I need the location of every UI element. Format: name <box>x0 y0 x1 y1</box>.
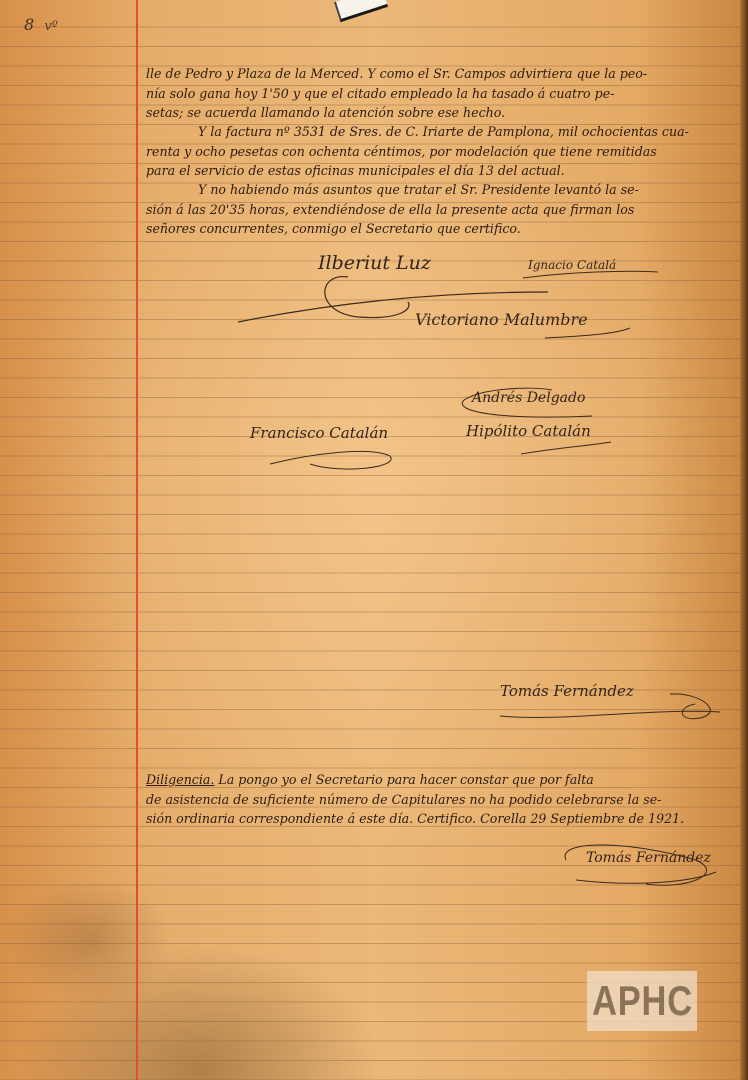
text-line: lle de Pedro y Plaza de la Merced. Y com… <box>146 66 736 86</box>
paragraph-3: Y no habiendo más asuntos que tratar el … <box>146 182 736 241</box>
signature-5: Francisco Catalán <box>250 424 388 442</box>
text-line: renta y ocho pesetas con ochenta céntimo… <box>146 144 736 164</box>
diligencia-signature: Tomás Fernández <box>586 850 711 866</box>
signature-3: Victoriano Malumbre <box>415 310 588 329</box>
signature-flourish-icon <box>586 850 596 860</box>
text-line: Y no habiendo más asuntos que tratar el … <box>146 182 736 202</box>
signature-flourish-icon <box>472 390 482 400</box>
ledger-page: 8 vº lle de Pedro y Plaza de la Merced. … <box>0 0 748 1080</box>
signature-text: Tomás Fernández <box>500 682 634 700</box>
folio-page-number: 8 <box>24 15 34 34</box>
diligencia-note: Diligencia. La pongo yo el Secretario pa… <box>146 772 736 831</box>
aphc-watermark: APHC <box>587 971 697 1031</box>
text-line: señores concurrentes, conmigo el Secreta… <box>146 221 736 241</box>
folio-annotation: vº <box>44 19 57 34</box>
text-line: Y la factura nº 3531 de Sres. de C. Iria… <box>146 124 736 144</box>
text-line: de asistencia de suficiente número de Ca… <box>146 792 736 812</box>
folio-number: 8 vº <box>24 15 58 34</box>
page-edge-shadow <box>740 0 748 1080</box>
signature-2: Ignacio Catalá <box>528 258 616 272</box>
text-line: sión ordinaria correspondiente á este dí… <box>146 811 736 831</box>
diligencia-heading: Diligencia. <box>146 772 214 787</box>
signature-text: Hipólito Catalán <box>466 422 591 440</box>
signature-flourish-icon <box>318 252 328 262</box>
text-line: nía solo gana hoy 1'50 y que el citado e… <box>146 86 736 106</box>
watermark-text: APHC <box>592 977 693 1025</box>
signature-underline-icon <box>528 258 538 268</box>
diligencia-line-1: La pongo yo el Secretario para hacer con… <box>218 772 593 787</box>
signature-underline-icon <box>415 310 425 320</box>
signature-4: Andrés Delgado <box>472 390 585 406</box>
text-line: para el servicio de estas oficinas munic… <box>146 163 736 183</box>
signature-text: Tomás Fernández <box>586 850 711 866</box>
signature-underline-icon <box>466 422 476 432</box>
text-line: Diligencia. La pongo yo el Secretario pa… <box>146 772 736 792</box>
paragraph-2: Y la factura nº 3531 de Sres. de C. Iria… <box>146 124 736 183</box>
signature-1: Ilberiut Luz <box>318 252 431 274</box>
paragraph-1: lle de Pedro y Plaza de la Merced. Y com… <box>146 66 736 125</box>
signature-6: Hipólito Catalán <box>466 422 591 440</box>
red-margin-line <box>136 0 138 1080</box>
text-line: sión á las 20'35 horas, extendiéndose de… <box>146 202 736 222</box>
signature-text: Francisco Catalán <box>250 424 388 442</box>
signature-text: Victoriano Malumbre <box>415 310 588 329</box>
signature-text: Andrés Delgado <box>472 390 585 406</box>
text-line: setas; se acuerda llamando la atención s… <box>146 105 736 125</box>
signature-flourish-icon <box>250 424 260 434</box>
signature-flourish-icon <box>500 682 510 692</box>
signature-text: Ilberiut Luz <box>318 252 431 274</box>
signature-text: Ignacio Catalá <box>528 258 616 272</box>
signature-7: Tomás Fernández <box>500 682 634 700</box>
